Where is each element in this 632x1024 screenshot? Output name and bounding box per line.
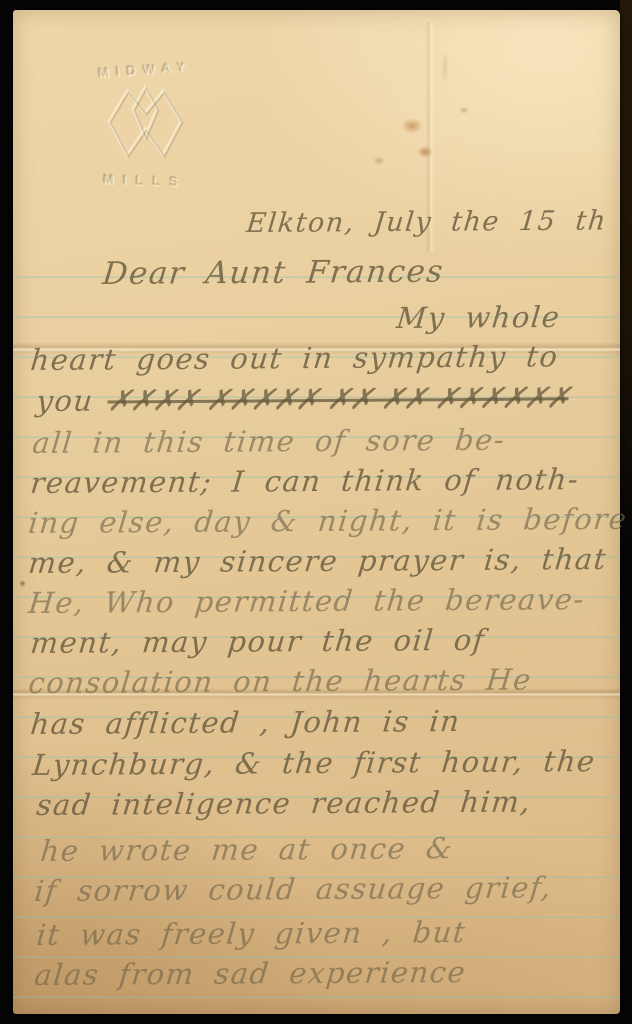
foxing-stain xyxy=(401,118,423,134)
handwriting-line: My whole xyxy=(395,300,562,335)
handwriting-line: consolation on the hearts He xyxy=(27,662,534,700)
handwriting-line: he wrote me at once & xyxy=(39,831,455,868)
ink-speck xyxy=(19,580,26,587)
handwriting-line: Lynchburg, & the first hour, the xyxy=(31,744,597,782)
dateline: Elkton, July the 15 th xyxy=(245,205,608,239)
salutation: Dear Aunt Frances xyxy=(101,254,446,292)
embossed-stamp: MIDWAY MILLS xyxy=(65,62,225,212)
handwriting-line: all in this time of sore be- xyxy=(31,423,507,460)
foxing-stain xyxy=(441,50,449,84)
crossed-out-text: ✗✗✗✗ ✗✗✗✗✗ ✗✗ ✗✗ ✗✗✗✗✗✗ xyxy=(106,380,570,417)
adjacent-page-edge xyxy=(620,0,632,560)
handwriting-line: sad inteligence reached him, xyxy=(35,785,533,822)
handwriting-line: heart goes out in sympathy to xyxy=(29,339,560,377)
foxing-stain xyxy=(459,106,469,114)
monogram-icon xyxy=(97,79,193,171)
handwriting-line: He, Who permitted the bereave- xyxy=(27,582,586,620)
handwriting-line: ing else, day & night, it is before xyxy=(27,502,629,540)
letter-page: MIDWAY MILLS Elkton, July the 15 th Dear… xyxy=(13,10,620,1014)
handwriting-word: you xyxy=(35,384,95,418)
handwriting-line: me, & my sincere prayer is, that xyxy=(27,542,609,580)
handwriting-line: has afflicted , John is in xyxy=(29,704,462,741)
handwriting-line: it was freely given , but xyxy=(35,915,468,952)
embossed-stamp-base-text: MILLS xyxy=(65,170,225,191)
foxing-stain xyxy=(417,146,433,158)
handwriting-line: you✗✗✗✗ ✗✗✗✗✗ ✗✗ ✗✗ ✗✗✗✗✗✗ xyxy=(35,380,570,418)
handwriting-line: if sorrow could assuage grief, xyxy=(33,870,554,908)
handwriting-line: alas from sad experience xyxy=(33,955,468,992)
foxing-stain xyxy=(373,156,385,165)
handwriting-line: reavement; I can think of noth- xyxy=(29,462,581,500)
handwriting-line: ment, may pour the oil of xyxy=(29,623,487,660)
